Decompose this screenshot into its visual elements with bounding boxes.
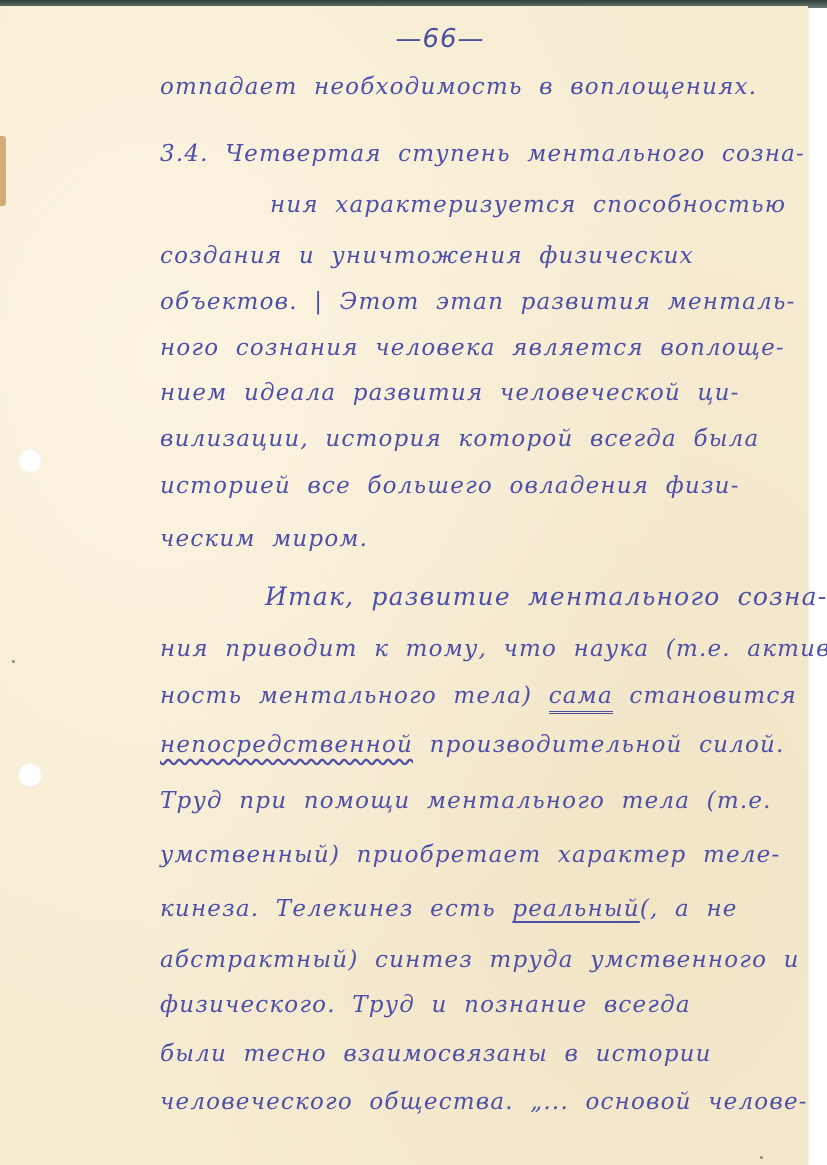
manuscript-page: —66— отпадает необходимость в воплощения…: [0, 6, 808, 1165]
paper-speck: [12, 660, 15, 663]
text-line: ческим миром.: [160, 526, 368, 552]
text-line: объектов. | Этот этап развития менталь-: [160, 289, 796, 315]
text-line: ния характеризуется способностью: [270, 192, 786, 218]
text-fragment: производительной силой.: [430, 732, 785, 758]
text-line: историей все большего овладения физи-: [160, 473, 740, 499]
emphasized-word-underline: реальный: [512, 896, 640, 922]
text-fragment: ность ментального тела): [160, 683, 532, 709]
text-line: человеческого общества. „... основой чел…: [160, 1089, 808, 1115]
text-line: умственный) приобретает характер теле-: [160, 842, 780, 868]
text-line: создания и уничтожения физических: [160, 243, 694, 269]
text-line: абстрактный) синтез труда умственного и: [160, 947, 800, 973]
text-line: вилизации, история которой всегда была: [160, 426, 759, 452]
edge-stain: [0, 136, 6, 206]
text-line: ния приводит к тому, что наука (т.е. акт…: [160, 636, 827, 662]
section-heading-line: 3.4. Четвертая ступень ментального созна…: [160, 141, 805, 167]
text-line: непосредственной производительной силой.: [160, 732, 785, 758]
text-line: ного сознания человека является воплоще-: [160, 335, 785, 361]
text-line: были тесно взаимосвязаны в истории: [160, 1041, 712, 1067]
text-line: Труд при помощи ментального тела (т.е.: [160, 788, 772, 814]
punch-hole-top: [18, 449, 42, 473]
text-line: ность ментального тела) сама становится: [160, 683, 797, 709]
paper-speck: [760, 1156, 763, 1159]
paragraph-start-line: Итак, развитие ментального созна-: [265, 582, 827, 611]
emphasized-word-wavy-underline: непосредственной: [160, 732, 413, 758]
text-line: кинеза. Телекинез есть реальный(, а не: [160, 896, 738, 922]
punch-hole-bottom: [18, 763, 42, 787]
text-line: отпадает необходимость в воплощениях.: [160, 74, 757, 100]
text-fragment: (, а не: [640, 896, 738, 922]
emphasized-word-double-underline: сама: [549, 683, 613, 714]
text-fragment: кинеза. Телекинез есть: [160, 896, 496, 922]
page-number: —66—: [380, 24, 500, 54]
text-line: физического. Труд и познание всегда: [160, 992, 691, 1018]
text-fragment: становится: [629, 683, 797, 709]
text-line: нием идеала развития человеческой ци-: [160, 380, 740, 406]
